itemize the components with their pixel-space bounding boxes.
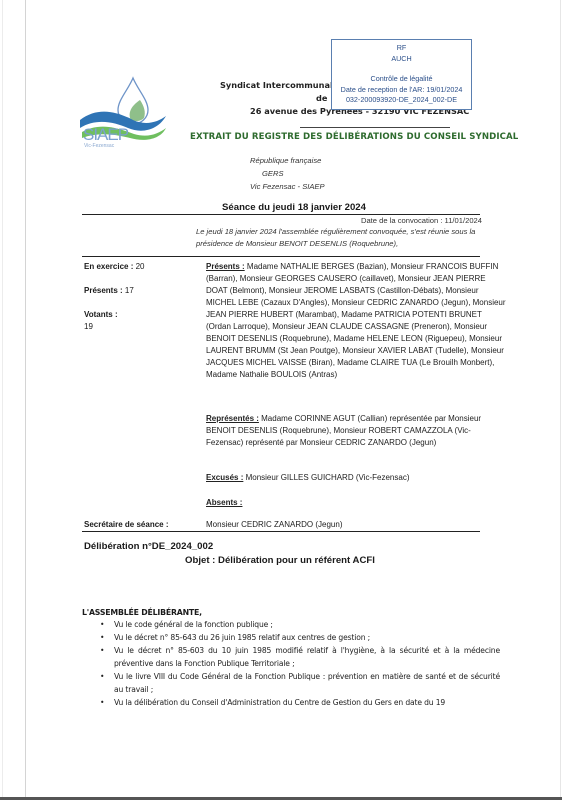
stamp-reception-date: Date de reception de l'AR: 19/01/2024: [332, 85, 471, 96]
secretaire-label: Secrétaire de séance :: [84, 520, 169, 529]
page-edge: [2, 0, 3, 798]
page-margin-line: [25, 0, 26, 798]
logo-text: SIAEP: [83, 125, 128, 145]
seance-title: Séance du jeudi 18 janvier 2024: [222, 202, 366, 213]
divider: [82, 214, 480, 215]
stamp-rf: RF: [332, 43, 471, 54]
deliberation-object: Objet : Délibération pour un référent AC…: [185, 555, 375, 566]
presents-list: Présents : Madame NATHALIE BERGES (Bazia…: [206, 261, 508, 381]
stamp-city: AUCH: [332, 54, 471, 65]
absents-list: Absents :: [206, 497, 506, 509]
votants-label: Votants :: [84, 310, 118, 319]
deliberation-number: Délibération n°DE_2024_002: [84, 541, 213, 552]
seance-intro: Le jeudi 18 janvier 2024 l'assemblée rég…: [196, 226, 496, 249]
header-divider: [300, 127, 450, 128]
stamp-controle: Contrôle de légalité: [332, 74, 471, 85]
convocation-date: Date de la convocation : 11/01/2024: [361, 216, 482, 225]
assemblee-heading: L'ASSEMBLÉE DÉLIBÉRANTE,: [82, 608, 202, 617]
page-edge: [560, 0, 561, 798]
presents-count: Présents : 17: [84, 286, 134, 295]
stamp-reference: 032-200093920-DE_2024_002-DE: [332, 95, 471, 106]
republique-line: République française: [250, 156, 321, 165]
votants-value: 19: [84, 322, 93, 331]
divider: [82, 531, 480, 532]
extrait-title: EXTRAIT DU REGISTRE DES DÉLIBÉRATIONS DU…: [190, 132, 518, 142]
vu-item: Vu la délibération du Conseil d'Administ…: [100, 696, 500, 709]
legality-stamp: RF AUCH Contrôle de légalité Date de rec…: [331, 39, 472, 110]
divider: [82, 256, 480, 257]
secretaire-value: Monsieur CEDRIC ZANARDO (Jegun): [206, 519, 506, 531]
department-line: GERS: [262, 169, 284, 178]
vu-item: Vu le décret n° 85-603 du 10 juin 1985 m…: [100, 644, 500, 670]
vu-list: Vu le code général de la fonction publiq…: [100, 618, 500, 709]
vu-item: Vu le décret n° 85-643 du 26 juin 1985 r…: [100, 631, 500, 644]
logo-subtitle: Vic-Fezensac: [84, 143, 114, 149]
representes-list: Représentés : Madame CORINNE AGUT (Calli…: [206, 413, 508, 449]
vu-item: Vu le code général de la fonction publiq…: [100, 618, 500, 631]
vu-item: Vu le livre VIII du Code Général de la F…: [100, 670, 500, 696]
commune-line: Vic Fezensac - SIAEP: [250, 182, 325, 191]
excuses-list: Excusés : Monsieur GILLES GUICHARD (Vic-…: [206, 472, 506, 484]
en-exercice-count: En exercice : 20: [84, 262, 145, 271]
